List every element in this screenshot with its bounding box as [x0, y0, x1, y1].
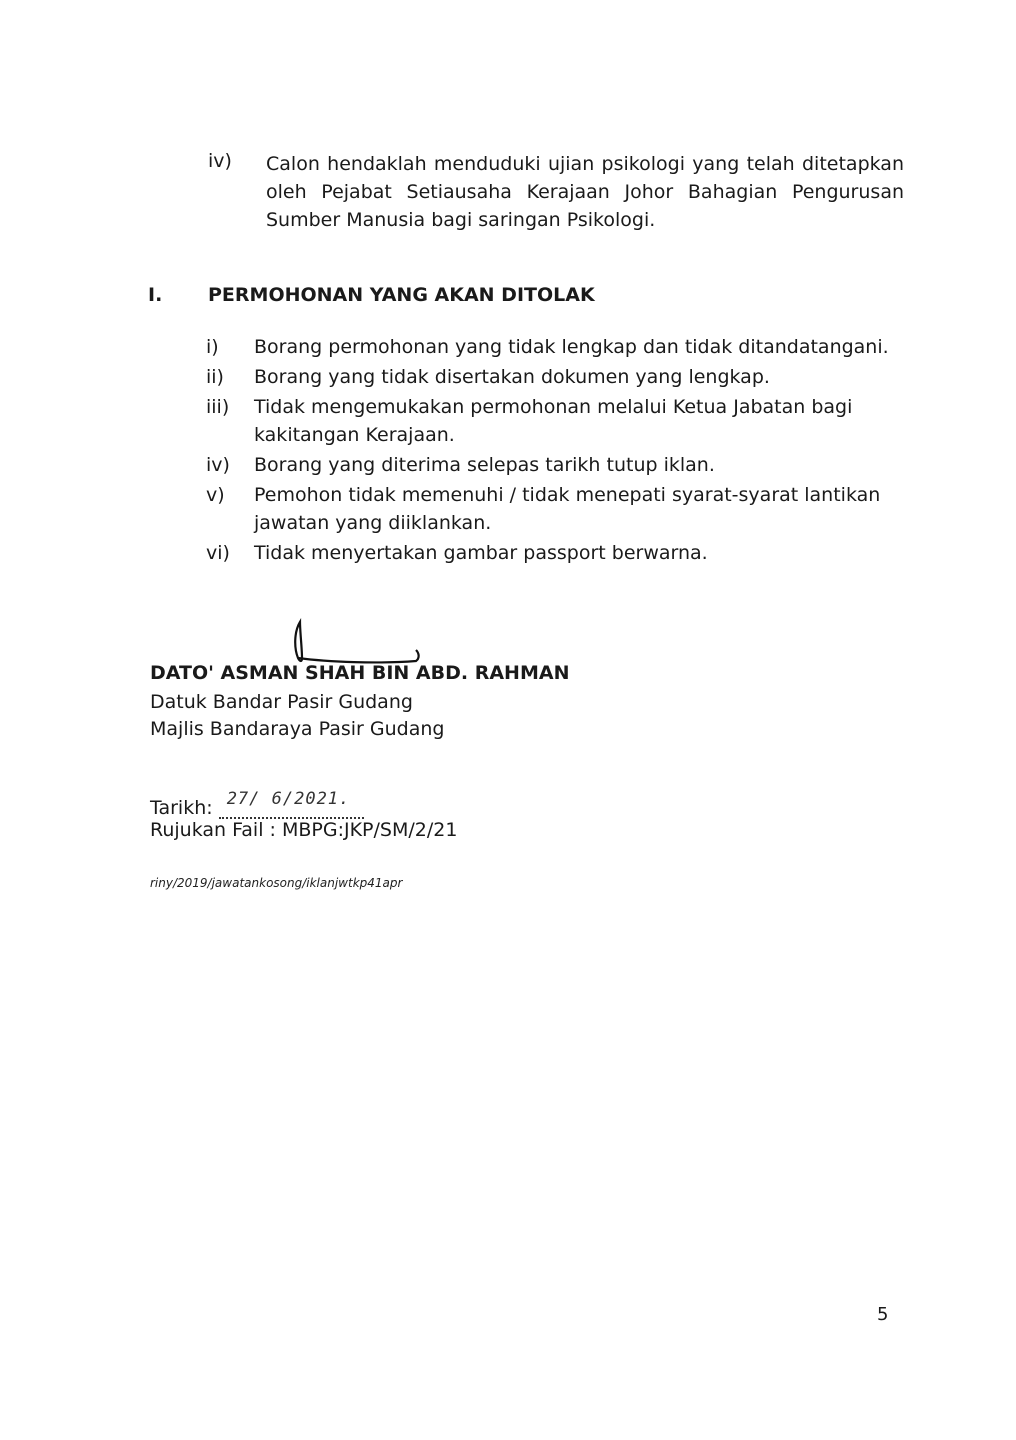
item-number: iii) — [206, 393, 229, 421]
item-number: i) — [206, 333, 219, 361]
item-number: ii) — [206, 363, 224, 391]
list-item: v) Pemohon tidak memenuhi / tidak menepa… — [206, 481, 916, 537]
list-item: i) Borang permohonan yang tidak lengkap … — [206, 333, 916, 361]
page-number: 5 — [877, 1304, 888, 1325]
section-title: PERMOHONAN YANG AKAN DITOLAK — [208, 284, 595, 306]
signatory-organization: Majlis Bandaraya Pasir Gudang — [150, 718, 444, 740]
item-text: Tidak mengemukakan permohonan melalui Ke… — [254, 393, 914, 449]
item-number: v) — [206, 481, 225, 509]
rejection-list: i) Borang permohonan yang tidak lengkap … — [206, 333, 916, 569]
date-line: Tarikh: 27/ 6/2021. — [150, 797, 369, 819]
item-text: Tidak menyertakan gambar passport berwar… — [254, 539, 914, 567]
file-reference: Rujukan Fail : MBPG:JKP/SM/2/21 — [150, 819, 457, 841]
item-text: Pemohon tidak memenuhi / tidak menepati … — [254, 481, 914, 537]
list-item: vi) Tidak menyertakan gambar passport be… — [206, 539, 916, 567]
document-path: riny/2019/jawatankosong/iklanjwtkp41apr — [150, 876, 402, 890]
reference-label: Rujukan Fail : — [150, 819, 276, 841]
item-text: Calon hendaklah menduduki ujian psikolog… — [266, 150, 904, 234]
list-item: iii) Tidak mengemukakan permohonan melal… — [206, 393, 916, 449]
item-text: Borang permohonan yang tidak lengkap dan… — [254, 333, 914, 361]
signatory-name: DATO' ASMAN SHAH BIN ABD. RAHMAN — [150, 662, 569, 684]
item-number: vi) — [206, 539, 230, 567]
handwritten-date: 27/ 6/2021. — [227, 789, 351, 809]
item-number: iv) — [208, 150, 232, 172]
item-number: iv) — [206, 451, 230, 479]
date-label: Tarikh: — [150, 797, 213, 819]
list-item: ii) Borang yang tidak disertakan dokumen… — [206, 363, 916, 391]
reference-value: MBPG:JKP/SM/2/21 — [282, 819, 457, 841]
item-text: Borang yang diterima selepas tarikh tutu… — [254, 451, 914, 479]
signatory-title: Datuk Bandar Pasir Gudang — [150, 691, 413, 713]
date-field: 27/ 6/2021. — [219, 799, 369, 819]
signature-mark — [288, 618, 438, 666]
list-item: iv) Borang yang diterima selepas tarikh … — [206, 451, 916, 479]
item-text: Borang yang tidak disertakan dokumen yan… — [254, 363, 914, 391]
section-number: I. — [148, 284, 162, 306]
